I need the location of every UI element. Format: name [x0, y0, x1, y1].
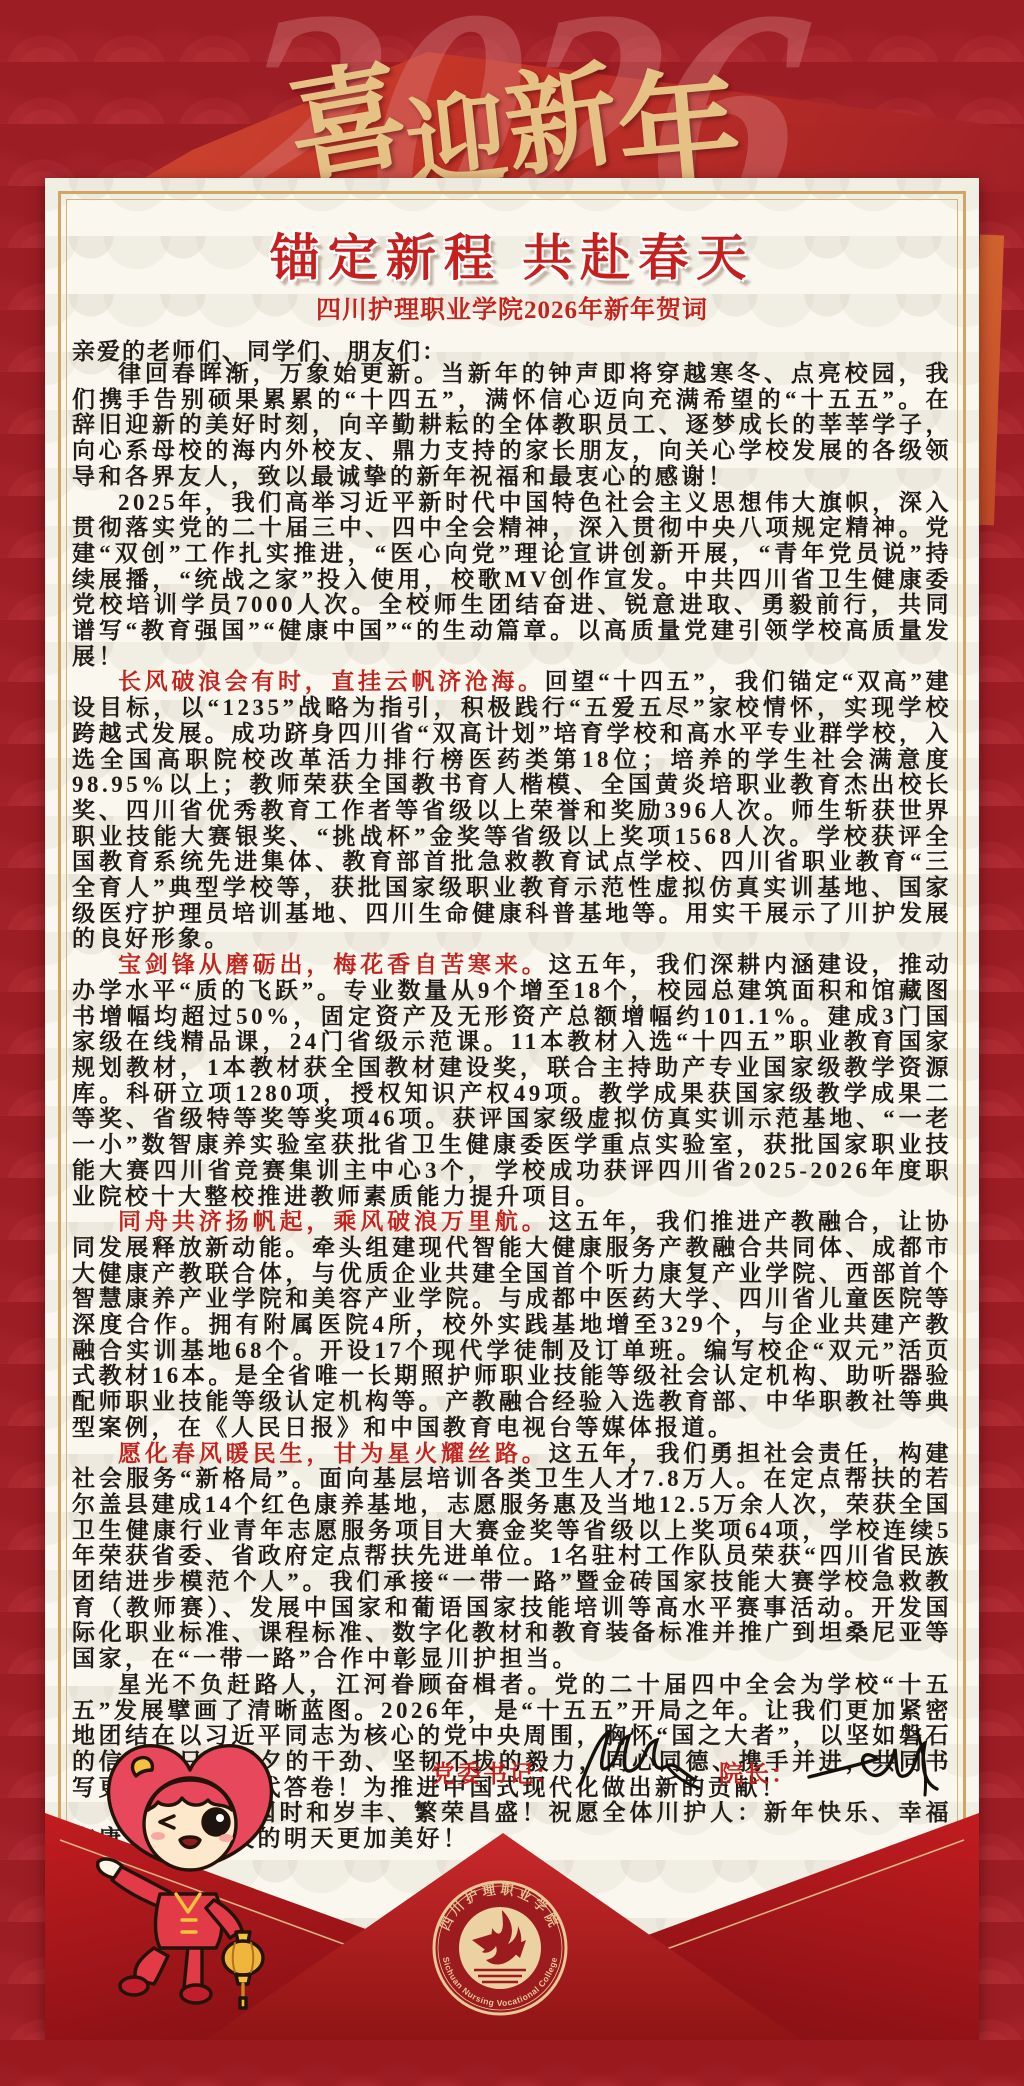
page-title: 锚定新程 共赴春天 [45, 218, 979, 290]
paragraph-red-lead: 同舟共济扬帆起，乘风破浪万里航。 [118, 1209, 549, 1234]
letter-body: 律回春晖渐，万象始更新。当新年的钟声即将穿越寒冬、点亮校园，我们携手告别硕果累累… [72, 361, 952, 1852]
calligraphy-title: 喜迎新年 [0, 18, 1024, 193]
paragraph: 愿化春风暖民生，甘为星火耀丝路。这五年，我们勇担社会责任，构建社会服务“新格局”… [72, 1441, 952, 1672]
paragraph-red-lead: 长风破浪会有时，直挂云帆济沧海。 [118, 669, 545, 694]
paragraph-red-lead: 愿化春风暖民生，甘为星火耀丝路。 [118, 1441, 549, 1466]
heart-hood-mascot-with-lantern-icon [84, 1736, 299, 2016]
paragraph-red-lead: 宝剑锋从磨砺出，梅花香自苦寒来。 [118, 952, 549, 977]
page-subtitle: 四川护理职业学院2026年新年贺词 [45, 290, 979, 326]
calligraphy-char: 新 [494, 25, 627, 200]
new-year-greeting-poster: 2026 喜迎新年 锚定新程 共赴春天 四川护理职业学院2026年新年贺词 亲爱… [0, 0, 1024, 2086]
paragraph: 律回春晖渐，万象始更新。当新年的钟声即将穿越寒冬、点亮校园，我们携手告别硕果累累… [72, 361, 952, 490]
bottom-pattern-band [0, 2040, 1024, 2086]
paragraph: 宝剑锋从磨砺出，梅花香自苦寒来。这五年，我们深耕内涵建设，推动办学水平“质的飞跃… [72, 952, 952, 1209]
paragraph: 2025年，我们高举习近平新时代中国特色社会主义思想伟大旗帜，深入贯彻落实党的二… [72, 490, 952, 670]
paragraph: 长风破浪会有时，直挂云帆济沧海。回望“十四五”，我们锚定“双高”建设目标，以“1… [72, 669, 952, 952]
college-seal: 四川护理职业学院 Sichuan Nursing Vocational Coll… [430, 1878, 570, 2018]
paragraph: 同舟共济扬帆起，乘风破浪万里航。这五年，我们推进产教融合，让协同发展释放新动能。… [72, 1209, 952, 1440]
